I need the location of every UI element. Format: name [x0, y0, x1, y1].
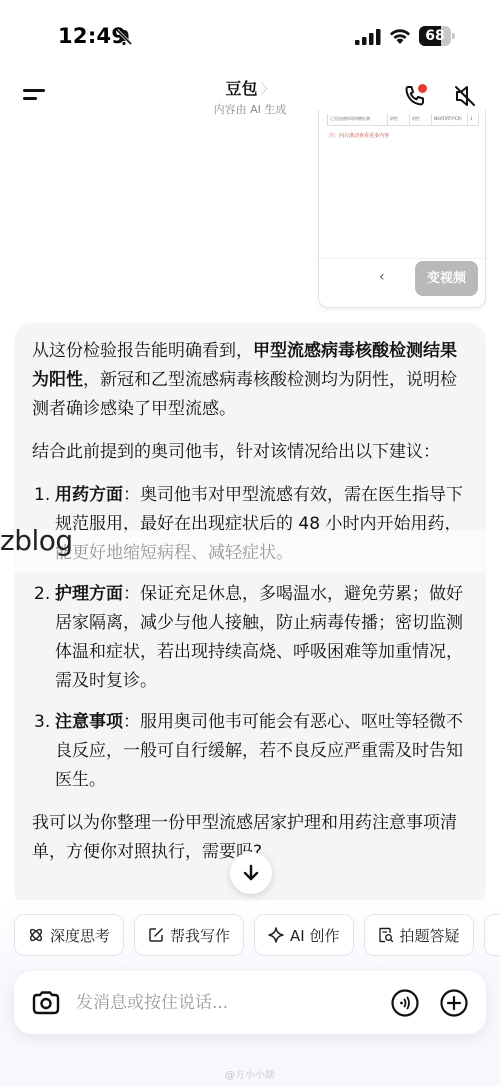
image-credit: @方小小燚: [0, 1066, 500, 1081]
watermark: zblog: [0, 524, 73, 557]
advice-list: 1.用药方面：奥司他韦对甲型流感有效，需在医生指导下规范服用，最好在出现症状后的…: [32, 481, 468, 795]
cellular-signal-icon: [355, 29, 381, 45]
message-input[interactable]: [76, 989, 376, 1017]
message-paragraph: 从这份检验报告能明确看到，甲型流感病毒核酸检测结果为阳性，新冠和乙型流感病毒核酸…: [32, 337, 468, 424]
chip-help-write[interactable]: 帮我写作: [134, 914, 244, 956]
preview-table-row: 乙型流感病毒核酸检测 阴性 阴性 NAAT(RT-PCR) 1: [327, 114, 479, 126]
quick-actions: 深度思考 帮我写作 AI 创作 拍题答疑: [14, 914, 500, 956]
sparkle-icon: [268, 927, 284, 943]
assistant-message: 从这份检验报告能明确看到，甲型流感病毒核酸检测结果为阳性，新冠和乙型流感病毒核酸…: [14, 323, 486, 908]
preview-nav: ‹ 变视频: [319, 258, 486, 308]
plus-icon[interactable]: [439, 988, 469, 1018]
bell-off-icon: [114, 27, 134, 47]
list-item: 3.注意事项：服用奥司他韦可能会有恶心、呕吐等轻微不良反应，一般可自行缓解，若不…: [32, 708, 468, 795]
message-input-bar: [14, 971, 486, 1034]
message-paragraph: 结合此前提到的奥司他韦，针对该情况给出以下建议：: [32, 438, 468, 467]
battery-level: 68: [419, 26, 451, 46]
preview-back-button[interactable]: ‹: [379, 269, 385, 285]
chip-more[interactable]: [484, 914, 500, 956]
wifi-icon: [388, 27, 412, 45]
atom-icon: [28, 927, 44, 943]
image-preview-card[interactable]: 乙型流感病毒核酸检测 阴性 阴性 NAAT(RT-PCR) 1 注：向右滑动查看…: [318, 110, 486, 308]
speaker-muted-icon[interactable]: [451, 82, 479, 110]
chevron-right-icon: 〉: [261, 82, 275, 98]
arrow-down-icon: [241, 863, 261, 883]
list-item: 2.护理方面：保证充足休息，多喝温水，避免劳累；做好居家隔离，减少与他人接触，防…: [32, 580, 468, 696]
watermark-band: [0, 530, 500, 572]
status-bar: 12:49 68: [0, 0, 500, 70]
convert-to-video-button[interactable]: 变视频: [415, 261, 478, 296]
scroll-to-bottom-button[interactable]: [230, 852, 272, 894]
menu-icon: [23, 89, 45, 92]
edit-icon: [148, 927, 164, 943]
voice-input-icon[interactable]: [390, 988, 420, 1018]
camera-icon[interactable]: [31, 988, 61, 1018]
chip-ai-create[interactable]: AI 创作: [254, 914, 353, 956]
menu-button[interactable]: [20, 84, 48, 106]
bot-name: 豆包: [225, 79, 257, 98]
battery-indicator: 68: [419, 26, 455, 46]
preview-note: 注：向右滑动查看更多内容: [329, 132, 389, 139]
chip-deep-thinking[interactable]: 深度思考: [14, 914, 124, 956]
scan-doc-icon: [378, 927, 394, 943]
notification-dot: [418, 84, 427, 93]
chip-photo-question[interactable]: 拍题答疑: [364, 914, 474, 956]
